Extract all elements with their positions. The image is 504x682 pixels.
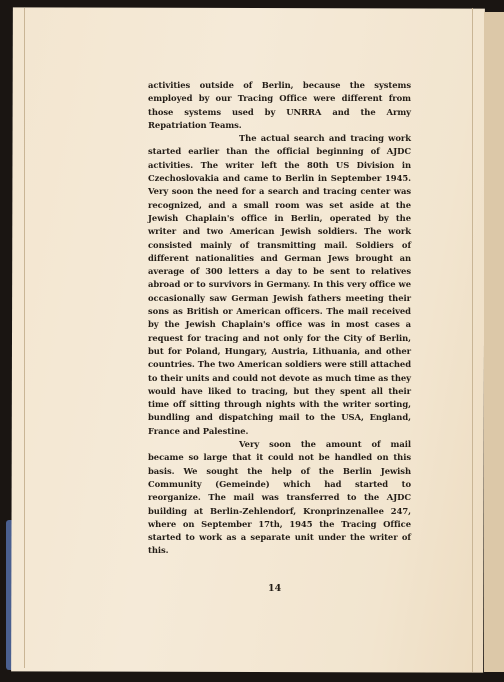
paragraph-1: activities outside of Berlin, because th… (148, 79, 411, 132)
next-page-edge (484, 12, 504, 672)
paragraph-3: Very soon the amount of mail became so l… (148, 438, 411, 558)
page-fold-right (472, 8, 473, 672)
page-fold-left (24, 8, 25, 668)
body-text: activities outside of Berlin, because th… (148, 79, 411, 558)
paragraph-2: The actual search and tracing work start… (148, 132, 411, 438)
page-number: 14 (268, 583, 281, 594)
